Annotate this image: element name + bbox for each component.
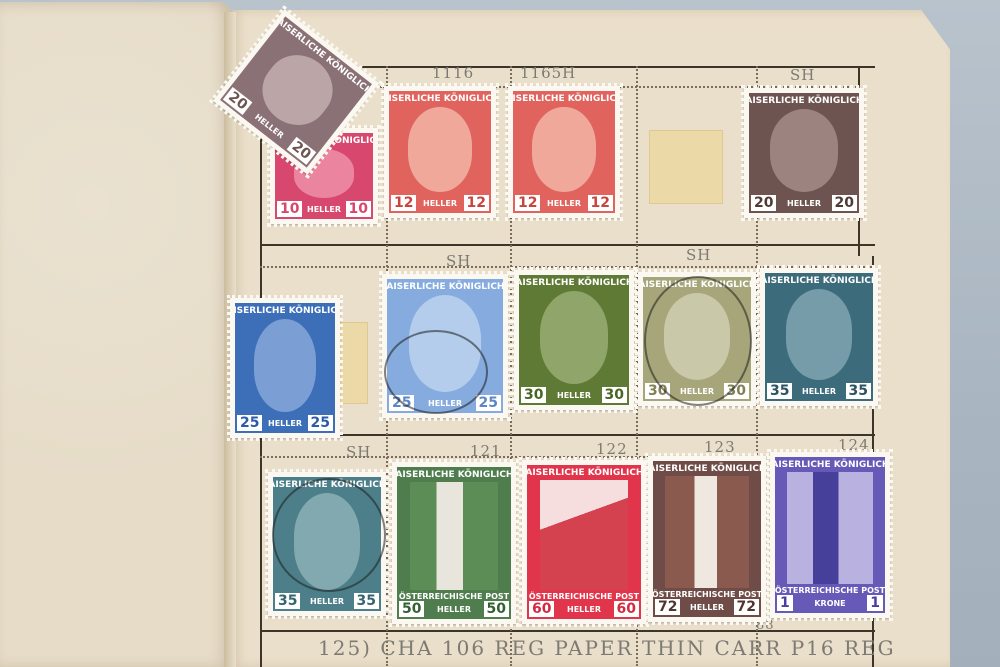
emperor-portrait-scene (665, 476, 749, 588)
handwritten-note: SH (346, 443, 371, 461)
handwritten-note: SH (686, 246, 711, 264)
stamp-25-heller[interactable]: KAISERLICHE KÖNIGLICHE 25HELLER25 (230, 298, 340, 438)
stamp-hinge (336, 322, 368, 404)
rule-line (260, 630, 875, 632)
handwritten-note: 1116 (432, 64, 474, 82)
handwritten-note: SH (446, 252, 471, 270)
portrait (294, 493, 361, 590)
handwritten-note: 121 (470, 442, 502, 460)
handwritten-note: 122 (596, 440, 628, 458)
stamp-12-heller[interactable]: KAISERLICHE KÖNIGLICHE 12HELLER12 (508, 86, 620, 218)
stamp-60-heller[interactable]: KAISERLICHE KÖNIGLICHE ÖSTERREICHISCHE P… (522, 460, 646, 624)
portrait (770, 109, 838, 192)
portrait (786, 289, 853, 380)
portrait (532, 107, 595, 192)
stamp-50-heller[interactable]: KAISERLICHE KÖNIGLICHE ÖSTERREICHISCHE P… (392, 462, 516, 624)
empty-stamp-hinge (649, 130, 723, 204)
handwritten-note-bottom: 125) CHA 106 REG PAPER THIN CARR P16 REG (318, 636, 896, 660)
stamp-12-heller[interactable]: KAISERLICHE KÖNIGLICHE 12HELLER12 (384, 86, 496, 218)
portrait (254, 319, 316, 412)
handwritten-note: 123 (704, 438, 736, 456)
portrait (409, 295, 481, 392)
stamp-30-heller[interactable]: KAISERLICHE KÖNIGLICHE 30HELLER30 (514, 270, 634, 410)
stamp-25-heller[interactable]: KAISERLICHE KÖNIGLICHE 25HELLER25 (382, 274, 508, 418)
emperor-portrait-scene (410, 482, 499, 590)
portrait (664, 293, 731, 380)
stamp-72-heller[interactable]: KAISERLICHE KÖNIGLICHE ÖSTERREICHISCHE P… (648, 456, 766, 622)
rule-line (260, 244, 875, 246)
stamp-35-heller[interactable]: KAISERLICHE KÖNIGLICHE 35HELLER35 (760, 268, 878, 406)
stamp-1-krone[interactable]: KAISERLICHE KÖNIGLICHE ÖSTERREICHISCHE P… (770, 452, 890, 618)
emperor-portrait-scene (787, 472, 873, 584)
portrait (408, 107, 471, 192)
emperor-on-horse-scene (540, 480, 629, 590)
handwritten-note: 1165H (520, 64, 576, 82)
stamp-20-heller[interactable]: KAISERLICHE KÖNIGLICHE 20HELLER20 (744, 88, 864, 218)
album-left-page (0, 2, 232, 667)
stamp-30-heller[interactable]: KAISERLICHE KÖNIGLICHE 30HELLER30 (638, 272, 756, 406)
handwritten-note: SH (790, 66, 815, 84)
stamp-35-heller[interactable]: KAISERLICHE KÖNIGLICHE 35HELLER35 (268, 472, 386, 616)
rule-line (260, 434, 875, 436)
portrait (540, 291, 608, 384)
